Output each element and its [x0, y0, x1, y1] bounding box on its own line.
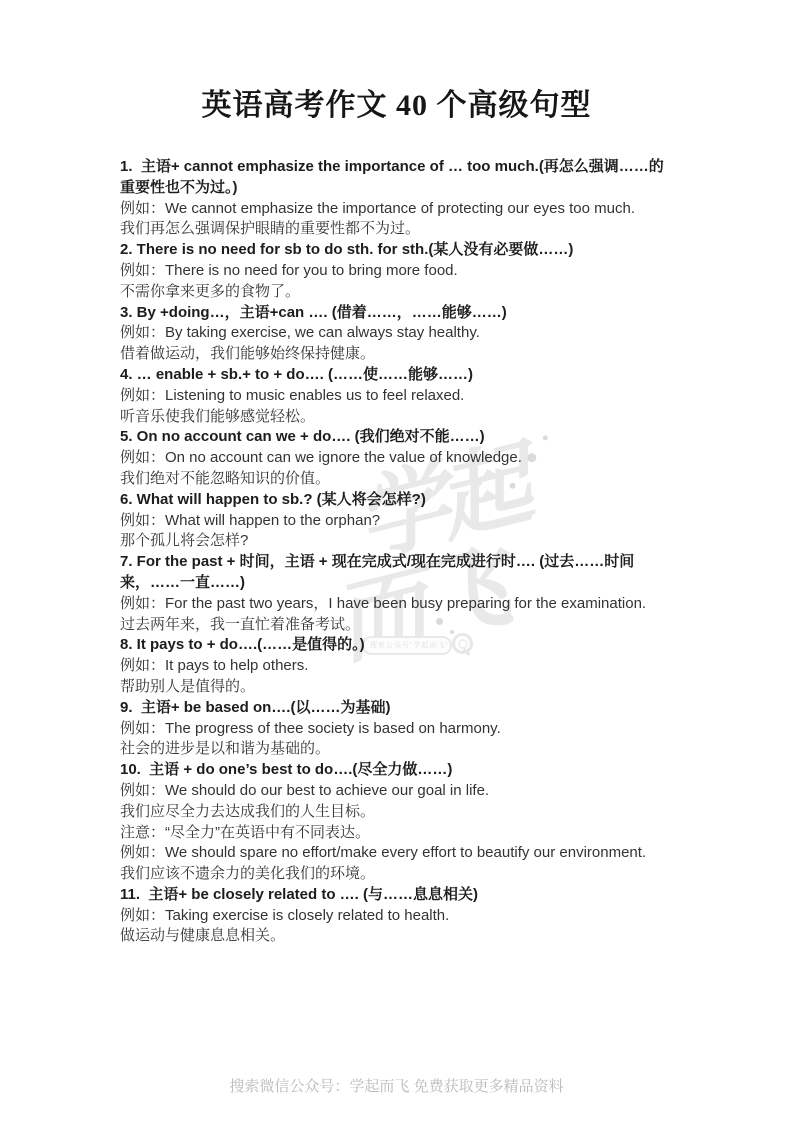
sentence-pattern-item-4: 4. … enable + sb.+ to + do…. (……使……能够……)… [120, 365, 675, 427]
sentence-pattern-item-5: 5. On no account can we + do…. (我们绝对不能……… [120, 427, 675, 489]
translation-line: 帮助别人是值得的。 [120, 677, 675, 698]
item-heading: 7. For the past + 时间，主语 + 现在完成式/现在完成进行时…… [120, 552, 675, 594]
example-line: 例如：By taking exercise, we can always sta… [120, 323, 675, 344]
translation-line: 过去两年来，我一直忙着准备考试。 [120, 615, 675, 636]
sentence-pattern-item-1: 1. 主语+ cannot emphasize the importance o… [120, 157, 675, 240]
translation-line: 社会的进步是以和谐为基础的。 [120, 739, 675, 760]
sentence-pattern-item-8: 8. It pays to + do….(……是值得的。) 例如：It pays… [120, 635, 675, 697]
item-heading: 10. 主语 + do one’s best to do….(尽全力做……) [120, 760, 675, 781]
sentence-pattern-item-6: 6. What will happen to sb.? (某人将会怎样?) 例如… [120, 490, 675, 552]
translation-line: 不需你拿来更多的食物了。 [120, 282, 675, 303]
example-line: 例如：It pays to help others. [120, 656, 675, 677]
note-line: 注意：“尽全力”在英语中有不同表达。 [120, 823, 675, 844]
item-heading: 11. 主语+ be closely related to …. (与……息息相… [120, 885, 675, 906]
example-line: 例如：Taking exercise is closely related to… [120, 906, 675, 927]
sentence-pattern-item-10: 10. 主语 + do one’s best to do….(尽全力做……) 例… [120, 760, 675, 885]
example-line: 例如：For the past two years，I have been bu… [120, 594, 675, 615]
sentence-pattern-item-11: 11. 主语+ be closely related to …. (与……息息相… [120, 885, 675, 947]
example-line: 例如：We cannot emphasize the importance of… [120, 199, 675, 220]
translation-line: 我们绝对不能忽略知识的价值。 [120, 469, 675, 490]
translation-line: 借着做运动，我们能够始终保持健康。 [120, 344, 675, 365]
item-heading: 2. There is no need for sb to do sth. fo… [120, 240, 675, 261]
sentence-pattern-item-3: 3. By +doing…，主语+can …. (借着……，……能够……) 例如… [120, 303, 675, 365]
footer-promo-text: 搜索微信公众号：学起而飞 免费获取更多精品资料 [0, 1077, 793, 1097]
item-heading: 5. On no account can we + do…. (我们绝对不能……… [120, 427, 675, 448]
document-body: 1. 主语+ cannot emphasize the importance o… [120, 157, 675, 947]
translation-line: 我们再怎么强调保护眼睛的重要性都不为过。 [120, 219, 675, 240]
sentence-pattern-item-2: 2. There is no need for sb to do sth. fo… [120, 240, 675, 302]
item-heading: 1. 主语+ cannot emphasize the importance o… [120, 157, 675, 199]
example-line: 例如：Listening to music enables us to feel… [120, 386, 675, 407]
translation-line: 我们应尽全力去达成我们的人生目标。 [120, 802, 675, 823]
example-line: 例如：The progress of thee society is based… [120, 719, 675, 740]
example-line: 例如：There is no need for you to bring mor… [120, 261, 675, 282]
translation-line: 那个孤儿将会怎样? [120, 531, 675, 552]
sentence-pattern-item-7: 7. For the past + 时间，主语 + 现在完成式/现在完成进行时…… [120, 552, 675, 635]
item-heading: 6. What will happen to sb.? (某人将会怎样?) [120, 490, 675, 511]
example-line: 例如：On no account can we ignore the value… [120, 448, 675, 469]
example-line: 例如：We should do our best to achieve our … [120, 781, 675, 802]
item-heading: 3. By +doing…，主语+can …. (借着……，……能够……) [120, 303, 675, 324]
example-line: 例如：What will happen to the orphan? [120, 511, 675, 532]
translation-line: 做运动与健康息息相关。 [120, 926, 675, 947]
translation-line: 我们应该不遗余力的美化我们的环境。 [120, 864, 675, 885]
item-heading: 9. 主语+ be based on….(以……为基础) [120, 698, 675, 719]
translation-line: 听音乐使我们能够感觉轻松。 [120, 407, 675, 428]
document-page: 学起 而飞 搜索公众号“学起而飞” 英语高考作文 40 个高级句型 1. 主语+… [0, 0, 793, 1122]
page-title: 英语高考作文 40 个高级句型 [0, 88, 793, 124]
sentence-pattern-item-9: 9. 主语+ be based on….(以……为基础) 例如：The prog… [120, 698, 675, 760]
example-line: 例如：We should spare no effort/make every … [120, 843, 675, 864]
item-heading: 4. … enable + sb.+ to + do…. (……使……能够……) [120, 365, 675, 386]
item-heading: 8. It pays to + do….(……是值得的。) [120, 635, 675, 656]
